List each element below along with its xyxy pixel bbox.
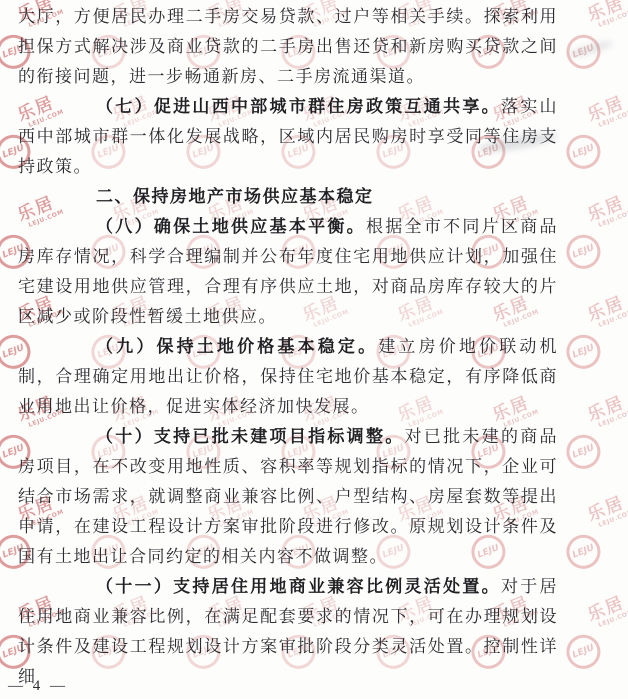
document-paragraph: （九）保持土地价格基本稳定。建立房价地价联动机制，合理确定用地出让价格，保持住宅… [18,332,558,422]
paragraph-lead: （八）确保土地供应基本平衡。 [96,217,366,236]
leju-brand-cn: 乐居 [585,193,628,226]
leju-brand-text: 乐居LEJU.COM [586,593,628,632]
document-paragraph: （十）支持已批未建项目指标调整。对已批未建的商品房项目，在不改变用地性质、容积率… [18,422,558,572]
leju-brand-text: 乐居LEJU.COM [586,293,628,332]
leju-brand-cn: 乐居 [585,0,628,26]
leju-domain-text: LEJU.COM [598,9,628,29]
paragraph-text: 大厅，方便居民办理二手房交易贷款、过户等相关手续。探索利用担保方式解决涉及商业贷… [18,7,558,86]
leju-brand-text: 乐居LEJU.COM [586,493,628,532]
paragraph-lead: 二、保持房地产市场供应基本稳定 [96,187,374,206]
leju-watermark: LEJU 乐居LEJU.COM [553,487,628,583]
document-paragraph: （七）促进山西中部城市群住房政策互通共享。落实山西中部城市群一体化发展战略，区域… [18,92,558,182]
leju-watermark: LEJU 乐居LEJU.COM [553,387,628,483]
paragraph-lead: （七）促进山西中部城市群住房政策互通共享。 [96,97,501,116]
leju-brand-cn: 乐居 [585,393,628,426]
scan-smudge [568,38,615,60]
leju-brand-text: 乐居LEJU.COM [586,393,628,432]
document-paragraph: 二、保持房地产市场供应基本稳定 [18,182,558,212]
document-paragraph: （十一）支持居住用地商业兼容比例灵活处置。对于居住用地商业兼容比例，在满足配套要… [18,572,558,692]
leju-watermark: LEJU 乐居LEJU.COM [553,0,628,83]
page-number: — 4 — [8,678,68,695]
leju-brand-text: 乐居LEJU.COM [586,0,628,31]
leju-brand-cn: 乐居 [585,93,628,126]
leju-domain-text: LEJU.COM [598,509,628,529]
document-body: 大厅，方便居民办理二手房交易贷款、过户等相关手续。探索利用担保方式解决涉及商业贷… [18,2,558,692]
leju-logo-circle-icon: LEJU [561,330,605,374]
leju-brand-cn: 乐居 [585,593,628,626]
leju-watermark: LEJU 乐居LEJU.COM [553,287,628,383]
document-paragraph: 大厅，方便居民办理二手房交易贷款、过户等相关手续。探索利用担保方式解决涉及商业贷… [18,2,558,92]
paragraph-lead: （十）支持已批未建项目指标调整。 [96,427,405,446]
leju-logo-circle-icon: LEJU [561,230,605,274]
paragraph-lead: （十一）支持居住用地商业兼容比例灵活处置。 [96,577,501,596]
paragraph-text: 对已批未建的商品房项目，在不改变用地性质、容积率等规划指标的情况下，企业可结合市… [18,427,558,566]
leju-domain-text: LEJU.COM [598,209,628,229]
leju-brand-text: 乐居LEJU.COM [586,193,628,232]
leju-domain-text: LEJU.COM [598,609,628,629]
document-paragraph: （八）确保土地供应基本平衡。根据全市不同片区商品房库存情况，科学合理编制并公布年… [18,212,558,332]
paragraph-lead: （九）保持土地价格基本稳定。 [96,337,378,356]
leju-watermark: LEJU 乐居LEJU.COM [553,587,628,683]
leju-watermark: LEJU 乐居LEJU.COM [553,187,628,283]
leju-brand-text: 乐居LEJU.COM [586,93,628,132]
leju-domain-text: LEJU.COM [598,409,628,429]
leju-watermark: LEJU 乐居LEJU.COM [553,87,628,183]
leju-logo-circle-icon: LEJU [561,530,605,574]
document-page: LEJU 乐居LEJU.COM LEJU 乐居LEJU.COM LEJU 乐居L… [0,0,628,699]
leju-logo-circle-icon: LEJU [561,130,605,174]
leju-domain-text: LEJU.COM [598,109,628,129]
leju-domain-text: LEJU.COM [598,309,628,329]
leju-brand-cn: 乐居 [585,493,628,526]
leju-brand-cn: 乐居 [585,293,628,326]
leju-logo-circle-icon: LEJU [561,430,605,474]
leju-logo-circle-icon: LEJU [561,630,605,674]
